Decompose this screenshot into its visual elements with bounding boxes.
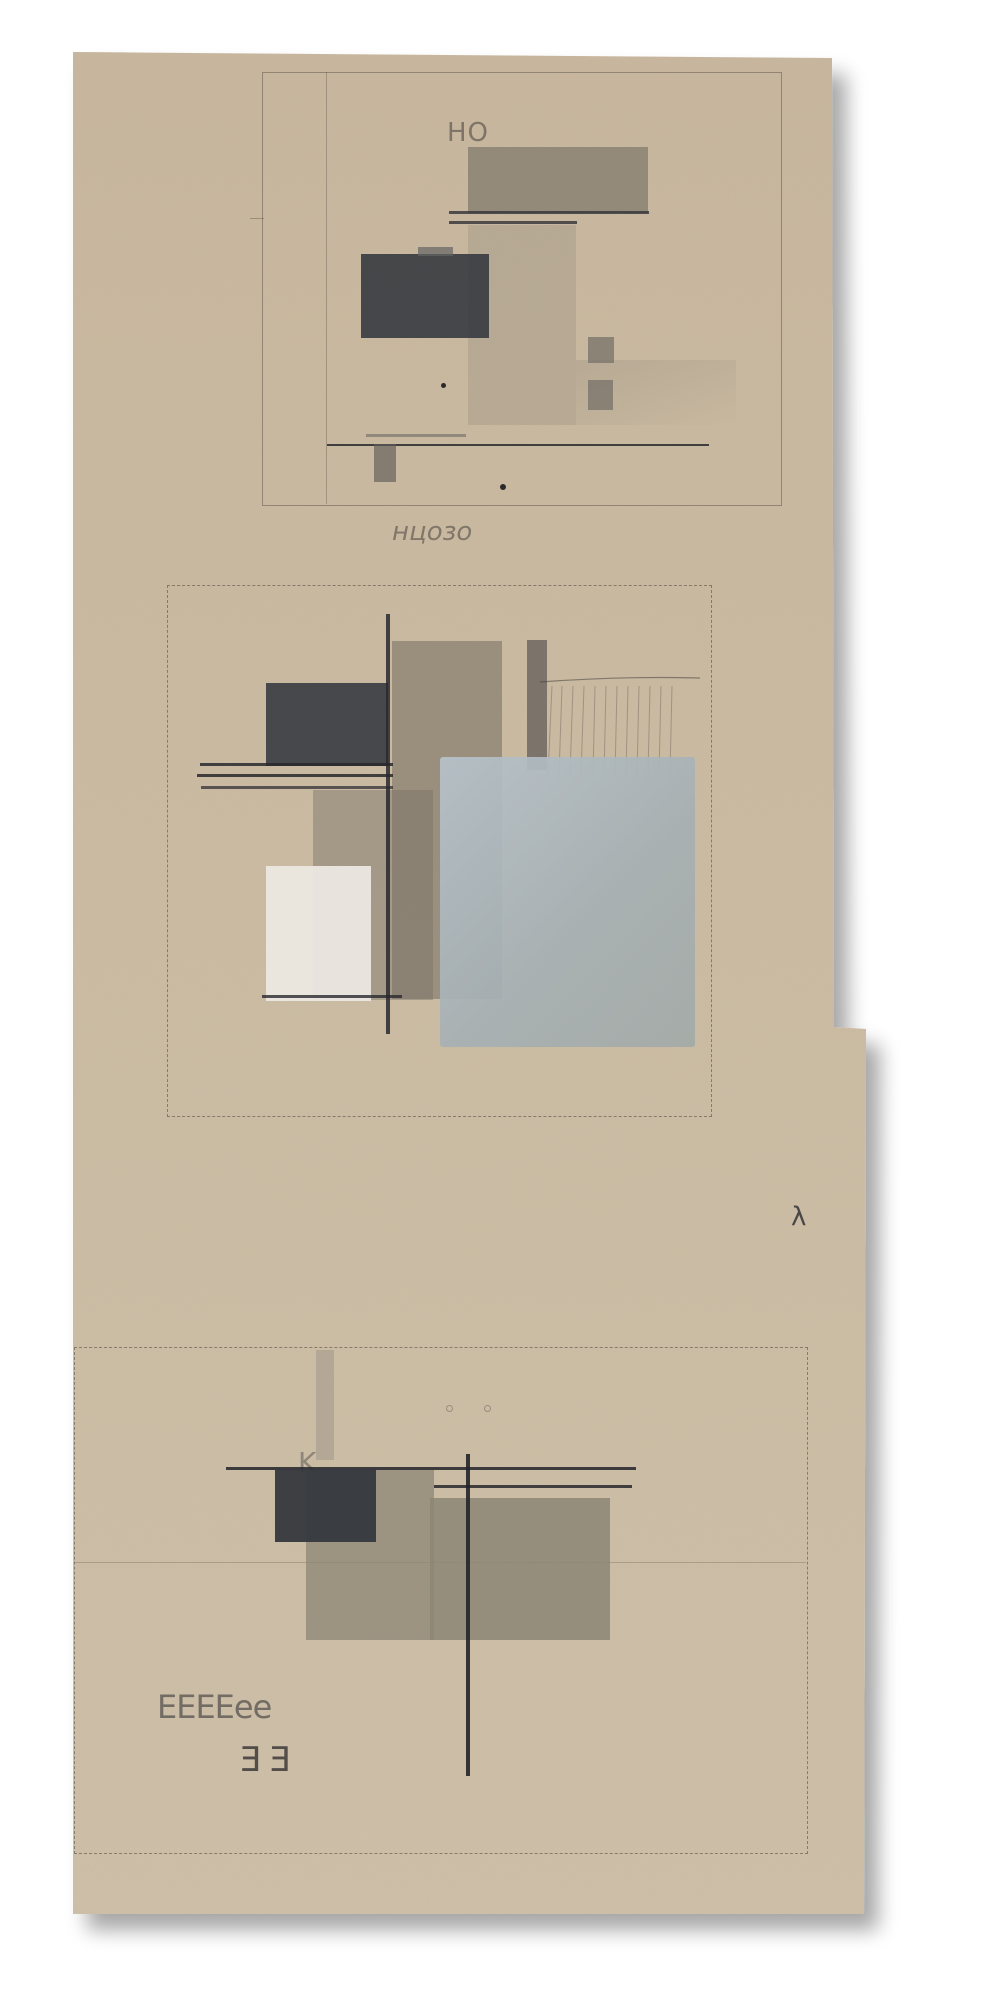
inscription-ee-mirrored: EE [232,1740,291,1780]
double-line-bottom [449,221,577,224]
horizontal-line [262,995,402,998]
tick-mark [250,218,264,219]
vertical-line [386,614,390,1034]
dark-block [266,683,388,766]
white-block [266,866,371,1001]
light-strip [316,1350,334,1460]
margin-mark: λ [791,1202,806,1232]
dark-block-tab [418,247,453,256]
circle-mark [484,1405,491,1412]
horizontal-line [197,774,393,777]
artwork-canvas: HO нцозо [0,0,988,2000]
dot [500,484,506,490]
circle-mark [446,1405,453,1412]
grey-bar-block [468,147,648,213]
horizontal-line [201,786,393,789]
inscription-eeee: EEEEee [157,1688,271,1726]
inscription-ho: HO [447,118,489,148]
vertical-line-decoy [466,1454,470,1776]
dot [441,383,446,388]
dark-block [361,254,489,338]
stub-block [374,444,396,482]
scribble-inscription: нцозо [392,517,472,547]
horizontal-line [434,1485,632,1488]
blue-block [440,757,695,1047]
guide-line [326,72,327,504]
horizontal-line [200,763,393,766]
small-square-upper [588,337,614,363]
dark-block [275,1469,376,1542]
short-line [366,434,466,437]
small-square-lower [588,380,613,410]
vertical-stroke [527,640,547,770]
double-line-top [449,211,649,214]
grey-green-block [430,1498,610,1640]
